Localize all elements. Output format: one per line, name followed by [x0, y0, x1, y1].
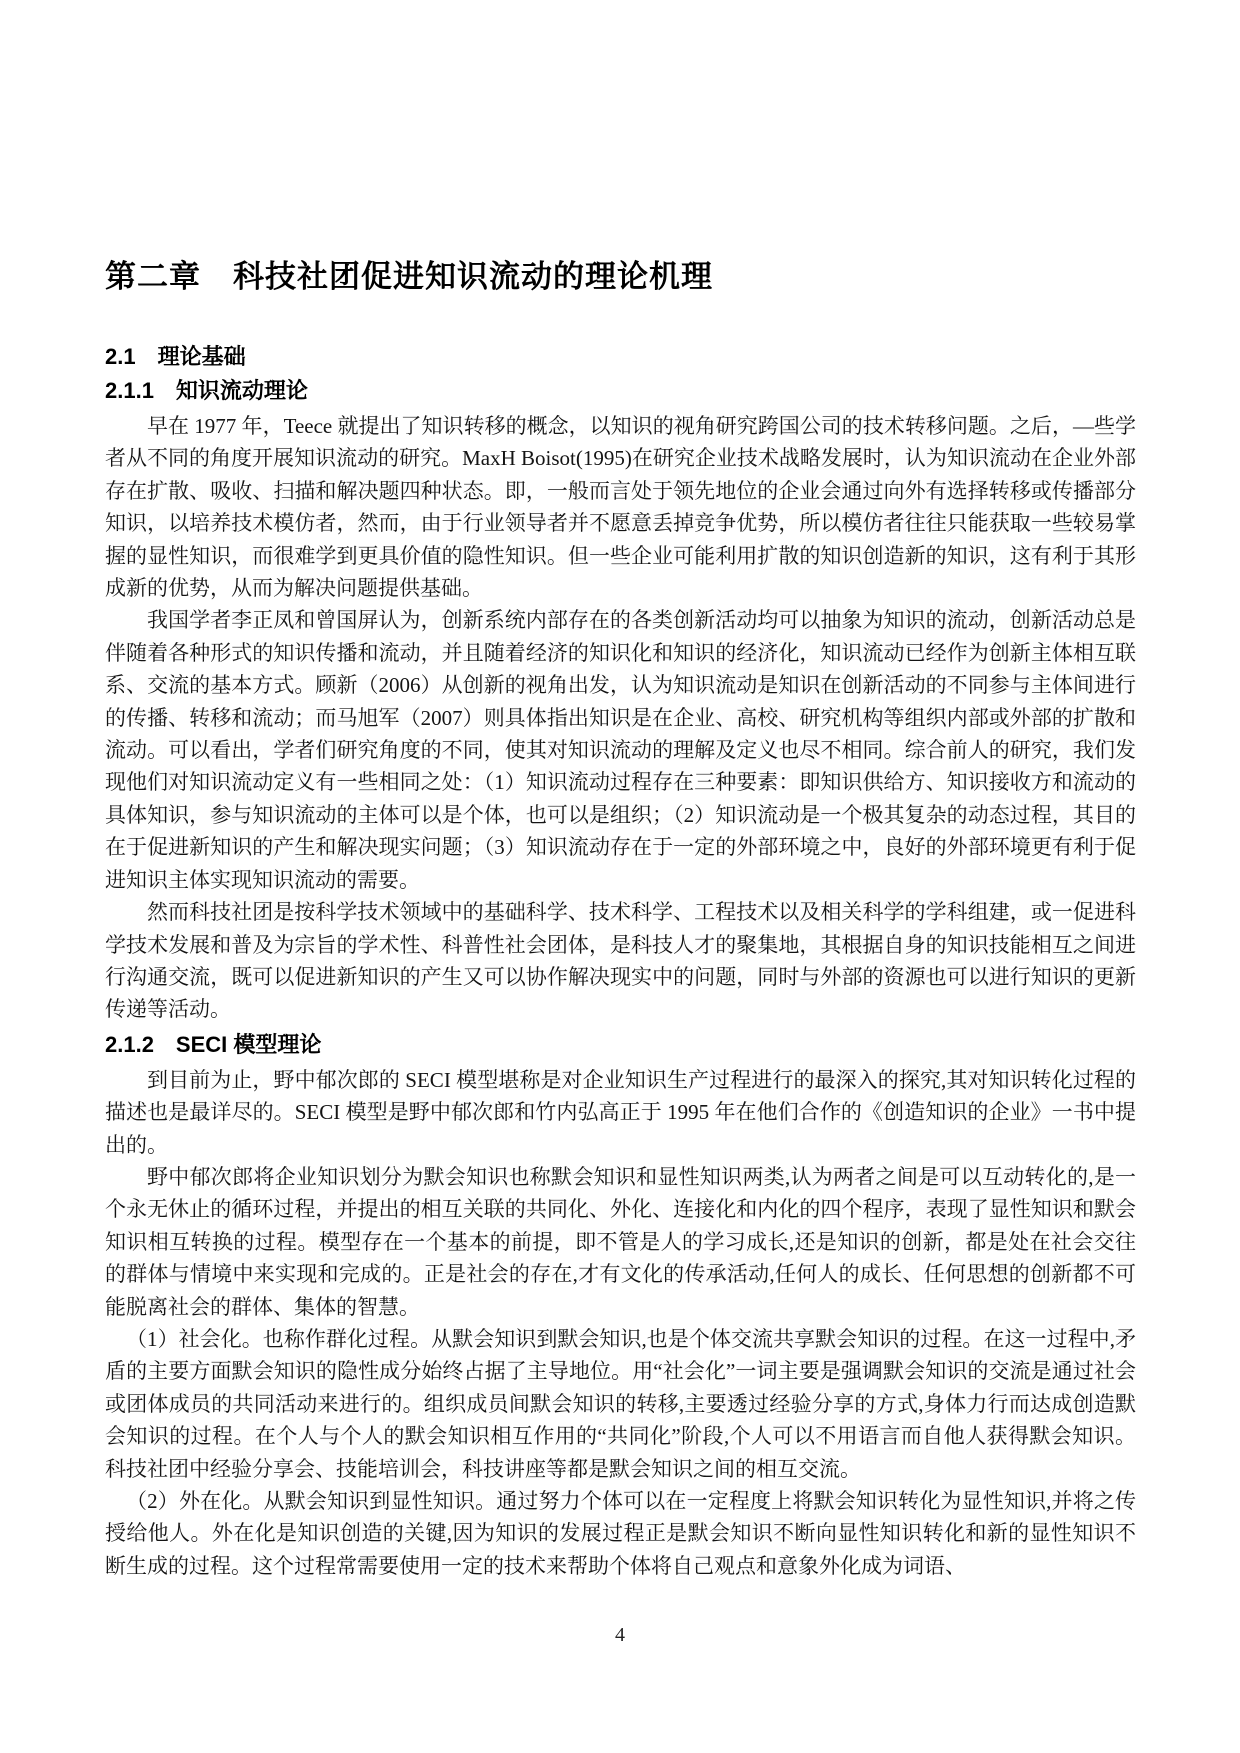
section-heading-2-1-2: 2.1.2 SECI 模型理论 — [105, 1030, 1136, 1060]
paragraph-knowledge-flow-2: 我国学者李正凤和曾国屏认为，创新系统内部存在的各类创新活动均可以抽象为知识的流动… — [105, 604, 1136, 896]
paragraph-socialization: （1）社会化。也称作群化过程。从默会知识到默会知识,也是个体交流共享默会知识的过… — [105, 1323, 1136, 1485]
paragraph-seci-2: 野中郁次郎将企业知识划分为默会知识也称默会知识和显性知识两类,认为两者之间是可以… — [105, 1161, 1136, 1323]
paragraph-knowledge-flow-1: 早在 1977 年，Teece 就提出了知识转移的概念，以知识的视角研究跨国公司… — [105, 410, 1136, 604]
paragraph-seci-1: 到目前为止，野中郁次郎的 SECI 模型堪称是对企业知识生产过程进行的最深入的探… — [105, 1064, 1136, 1161]
chapter-title: 第二章 科技社团促进知识流动的理论机理 — [105, 256, 1136, 298]
page-content: 第二章 科技社团促进知识流动的理论机理 2.1 理论基础 2.1.1 知识流动理… — [105, 0, 1136, 1582]
document-page: 第二章 科技社团促进知识流动的理论机理 2.1 理论基础 2.1.1 知识流动理… — [0, 0, 1240, 1753]
section-heading-2-1-1: 2.1.1 知识流动理论 — [105, 376, 1136, 406]
paragraph-knowledge-flow-3: 然而科技社团是按科学技术领域中的基础科学、技术科学、工程技术以及相关科学的学科组… — [105, 896, 1136, 1026]
page-number: 4 — [0, 1624, 1240, 1647]
section-heading-2-1: 2.1 理论基础 — [105, 342, 1136, 372]
paragraph-externalization: （2）外在化。从默会知识到显性知识。通过努力个体可以在一定程度上将默会知识转化为… — [105, 1485, 1136, 1582]
